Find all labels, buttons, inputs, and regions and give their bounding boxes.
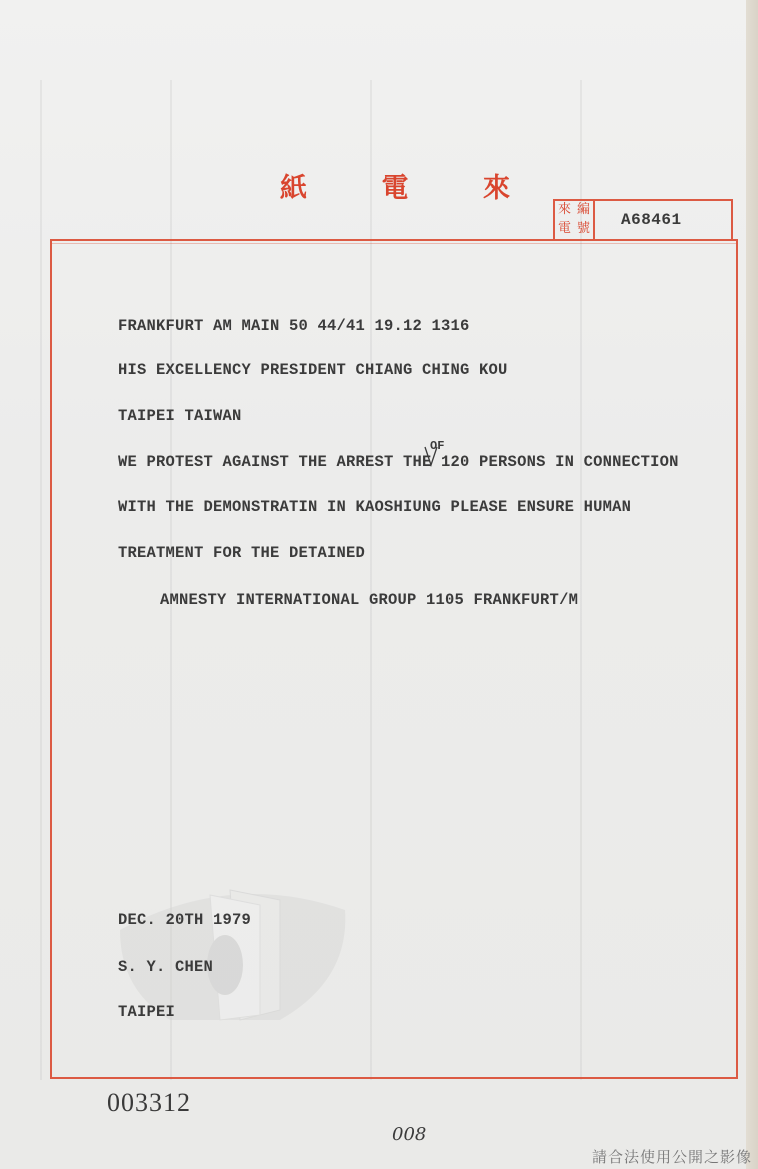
- insertion-caret-icon: [424, 445, 438, 467]
- paper-edge: [746, 0, 758, 1169]
- serial-number: 003312: [107, 1088, 191, 1118]
- place-line: TAIPEI: [118, 1003, 175, 1021]
- message-line: WE PROTEST AGAINST THE ARREST THE 120 PE…: [118, 453, 679, 471]
- form-title-char: 電: [382, 166, 409, 205]
- label-char: 號: [574, 220, 593, 239]
- form-title: 紙 電 來: [280, 166, 510, 205]
- telegram-number-label: 來 編 電 號: [555, 201, 595, 239]
- message-line: TREATMENT FOR THE DETAINED: [118, 544, 365, 562]
- usage-notice: 請合法使用公開之影像: [592, 1146, 752, 1167]
- telegram-number: A68461: [621, 211, 682, 229]
- sender-line: AMNESTY INTERNATIONAL GROUP 1105 FRANKFU…: [160, 591, 578, 609]
- bleed-line: [40, 80, 42, 1080]
- form-title-char: 來: [483, 166, 510, 205]
- translator-line: S. Y. CHEN: [118, 958, 213, 976]
- form-title-char: 紙: [280, 166, 307, 205]
- label-char: 電: [555, 220, 574, 239]
- addressee-line: HIS EXCELLENCY PRESIDENT CHIANG CHING KO…: [118, 361, 508, 379]
- form-frame-rule: [52, 241, 736, 244]
- label-char: 來: [555, 201, 574, 220]
- origin-line: FRANKFURT AM MAIN 50 44/41 19.12 1316: [118, 317, 470, 335]
- page-number: 008: [392, 1124, 426, 1145]
- label-char: 編: [574, 201, 593, 220]
- telegram-number-box: 來 編 電 號 A68461: [553, 199, 733, 239]
- destination-line: TAIPEI TAIWAN: [118, 407, 242, 425]
- date-line: DEC. 20TH 1979: [118, 911, 251, 929]
- message-line: WITH THE DEMONSTRATIN IN KAOSHIUNG PLEAS…: [118, 498, 631, 516]
